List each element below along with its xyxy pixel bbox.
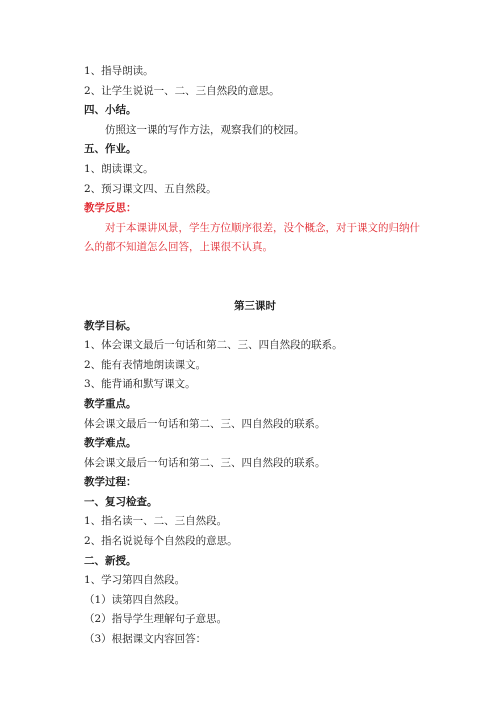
reflection-text: 对于本课讲风景，学生方位顺序很差，没个概念，对于课文的归纳什么的都不知道怎么回答… [84,219,426,258]
review-item: 1、指名读一、二、三自然段。 [84,512,426,532]
process-heading: 教学过程： [84,473,426,493]
new-lesson-item: （1）读第四自然段。 [84,591,426,611]
homework-item: 1、朗读课文。 [84,160,426,180]
new-lesson-heading: 二、新授。 [84,552,426,572]
new-lesson-item: （2）指导学生理解句子意思。 [84,610,426,630]
lesson-title: 第三课时 [84,297,426,317]
new-lesson-item: 1、学习第四自然段。 [84,571,426,591]
document-page: 1、指导朗读。 2、让学生说说一、二、三自然段的意思。 四、小结。 仿照这一课的… [84,62,426,650]
difficulty-heading: 教学难点。 [84,434,426,454]
difficulty-text: 体会课文最后一句话和第二、三、四自然段的联系。 [84,454,426,474]
goal-item: 2、能有表情地朗读课文。 [84,356,426,376]
list-item: 1、指导朗读。 [84,62,426,82]
review-item: 2、指名说说每个自然段的意思。 [84,532,426,552]
summary-text: 仿照这一课的写作方法，观察我们的校园。 [84,121,426,141]
goal-item: 1、体会课文最后一句话和第二、三、四自然段的联系。 [84,336,426,356]
review-heading: 一、复习检查。 [84,493,426,513]
spacer [84,258,426,297]
goals-heading: 教学目标。 [84,317,426,337]
homework-item: 2、预习课文四、五自然段。 [84,180,426,200]
key-heading: 教学重点。 [84,395,426,415]
list-item: 2、让学生说说一、二、三自然段的意思。 [84,82,426,102]
goal-item: 3、能背诵和默写课文。 [84,375,426,395]
key-text: 体会课文最后一句话和第二、三、四自然段的联系。 [84,415,426,435]
new-lesson-item: （3）根据课文内容回答： [84,630,426,650]
homework-heading: 五、作业。 [84,140,426,160]
summary-heading: 四、小结。 [84,101,426,121]
reflection-heading: 教学反思： [84,199,426,219]
